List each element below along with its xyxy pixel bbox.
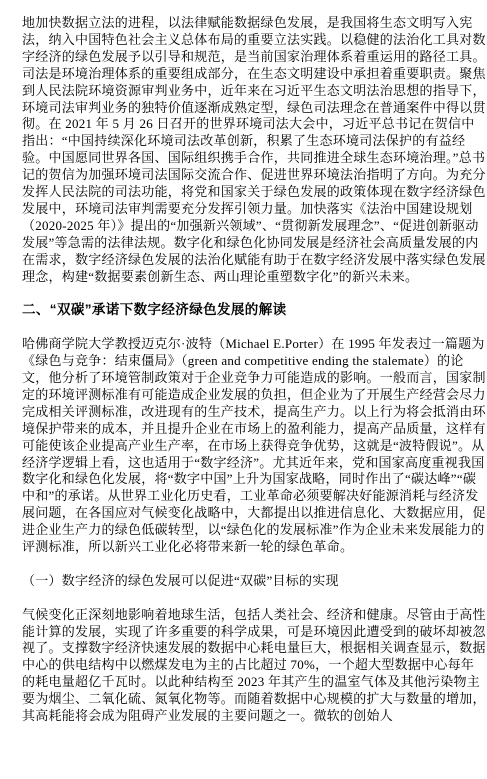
paragraph-porter-hypothesis: 哈佛商学院大学教授迈克尔·波特（Michael E.Porter）在 1995 … xyxy=(22,336,486,556)
subsection-heading-digital-economy-dual-carbon: （一）数字经济的绿色发展可以促进“双碳”目标的实现 xyxy=(22,573,486,590)
document-page: 地加快数据立法的进程，以法律赋能数据绿色发展，是我国将生态文明写入宪法，纳入中国… xyxy=(0,0,487,779)
section-heading-dual-carbon: 二、“双碳”承诺下数字经济绿色发展的解读 xyxy=(22,302,486,319)
paragraph-green-rule-of-law: 地加快数据立法的进程，以法律赋能数据绿色发展，是我国将生态文明写入宪法，纳入中国… xyxy=(22,15,486,286)
paragraph-climate-data-center: 气候变化正深刻地影响着地球生活，包括人类社会、经济和健康。尽管由于高性能计算的发… xyxy=(22,607,486,725)
